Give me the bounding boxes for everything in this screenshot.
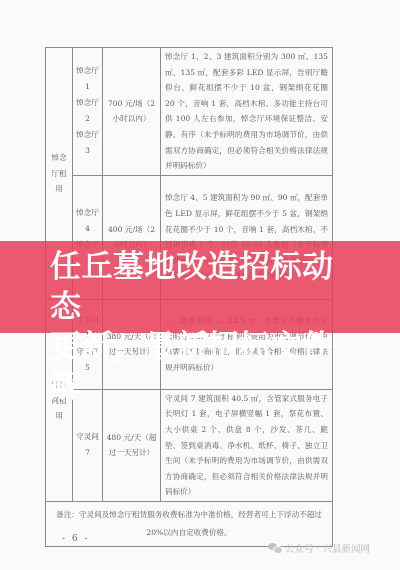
banner-title: 任丘墓地改造招标动态 更新，最新招标文件解 <box>50 247 360 407</box>
wechat-icon <box>268 543 282 554</box>
watermark: 公众号 · 兴县新闻网 <box>268 541 370 555</box>
watermark-text: 公众号 · 兴县新闻网 <box>285 541 370 555</box>
page-number: - 6 - <box>62 534 90 544</box>
description-cell: 悼念厅 1、2、3 建筑面积分别为 300 ㎡、135 ㎡、135 ㎡，配套多彩… <box>161 48 333 176</box>
room-name: 悼念厅3 <box>76 127 99 159</box>
table-row: 悼念厅租用 悼念厅1 悼念厅2 悼念厅3 700 元/场（2 小时以内） 悼念厅… <box>46 48 333 176</box>
room-cell: 悼念厅1 悼念厅2 悼念厅3 <box>73 48 103 176</box>
room-name: 守灵间7 <box>76 429 99 461</box>
room-name: 悼念厅1 <box>76 63 99 95</box>
room-name: 悼念厅4 <box>76 205 99 237</box>
room-name: 悼念厅2 <box>76 95 99 127</box>
price-cell: 700 元/场（2 小时以内） <box>103 48 161 176</box>
